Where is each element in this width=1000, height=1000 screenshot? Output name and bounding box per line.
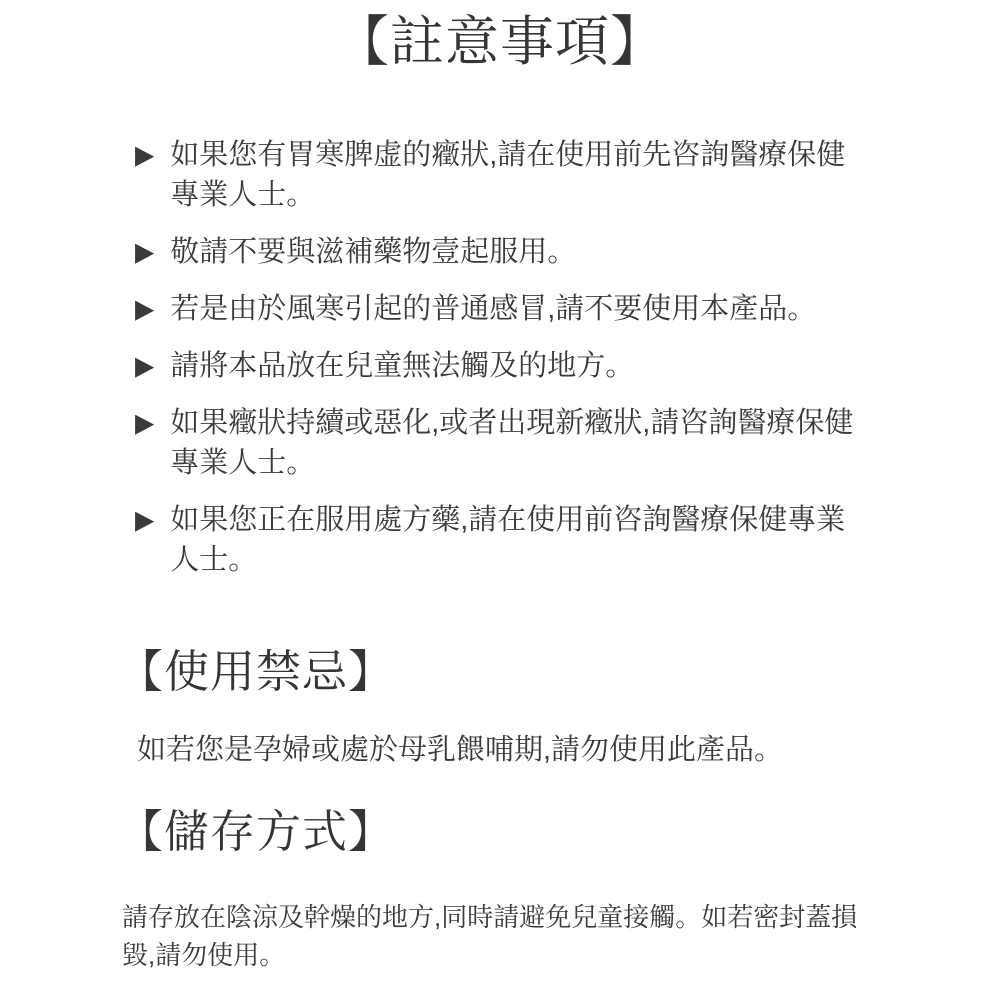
section-heading-contraindications: 【使用禁忌】 xyxy=(118,643,1000,702)
notice-list: ▶ 如果您有胃寒脾虚的癥狀,請在使用前先咨詢醫療保健專業人士。 ▶ 敬請不要與滋… xyxy=(135,135,890,580)
notice-item-text: 若是由於風寒引起的普通感冒,請不要使用本產品。 xyxy=(170,289,816,329)
section-heading-storage: 【儲存方式】 xyxy=(118,803,1000,862)
notice-item-text: 如果您有胃寒脾虚的癥狀,請在使用前先咨詢醫療保健專業人士。 xyxy=(170,135,870,215)
triangle-bullet-icon: ▶ xyxy=(135,134,154,176)
notice-item-text: 請將本品放在兒童無法觸及的地方。 xyxy=(170,346,634,386)
triangle-bullet-icon: ▶ xyxy=(135,402,154,444)
notice-item: ▶ 若是由於風寒引起的普通感冒,請不要使用本產品。 xyxy=(135,289,890,329)
section-body-contraindications: 如若您是孕婦或處於母乳餵哺期,請勿使用此產品。 xyxy=(137,730,857,770)
notice-item: ▶ 請將本品放在兒童無法觸及的地方。 xyxy=(135,346,890,386)
triangle-bullet-icon: ▶ xyxy=(135,345,154,387)
notice-item-text: 敬請不要與滋補藥物壹起服用。 xyxy=(170,232,576,272)
section-body-storage: 請存放在陰涼及幹燥的地方,同時請避免兒童接觸。如若密封蓋損毀,請勿使用。 xyxy=(122,898,882,974)
notice-item-text: 如果癥狀持續或惡化,或者出現新癥狀,請咨詢醫療保健專業人士。 xyxy=(170,403,870,483)
notice-item: ▶ 如果您有胃寒脾虚的癥狀,請在使用前先咨詢醫療保健專業人士。 xyxy=(135,135,890,215)
notice-item: ▶ 如果您正在服用處方藥,請在使用前咨詢醫療保健專業人士。 xyxy=(135,500,890,580)
triangle-bullet-icon: ▶ xyxy=(135,231,154,273)
notice-page: 【註意事項】 ▶ 如果您有胃寒脾虚的癥狀,請在使用前先咨詢醫療保健專業人士。 ▶… xyxy=(0,0,1000,1000)
notice-item-text: 如果您正在服用處方藥,請在使用前咨詢醫療保健專業人士。 xyxy=(170,500,870,580)
notice-item: ▶ 敬請不要與滋補藥物壹起服用。 xyxy=(135,232,890,272)
page-title: 【註意事項】 xyxy=(0,0,1000,75)
triangle-bullet-icon: ▶ xyxy=(135,288,154,330)
notice-item: ▶ 如果癥狀持續或惡化,或者出現新癥狀,請咨詢醫療保健專業人士。 xyxy=(135,403,890,483)
triangle-bullet-icon: ▶ xyxy=(135,499,154,541)
